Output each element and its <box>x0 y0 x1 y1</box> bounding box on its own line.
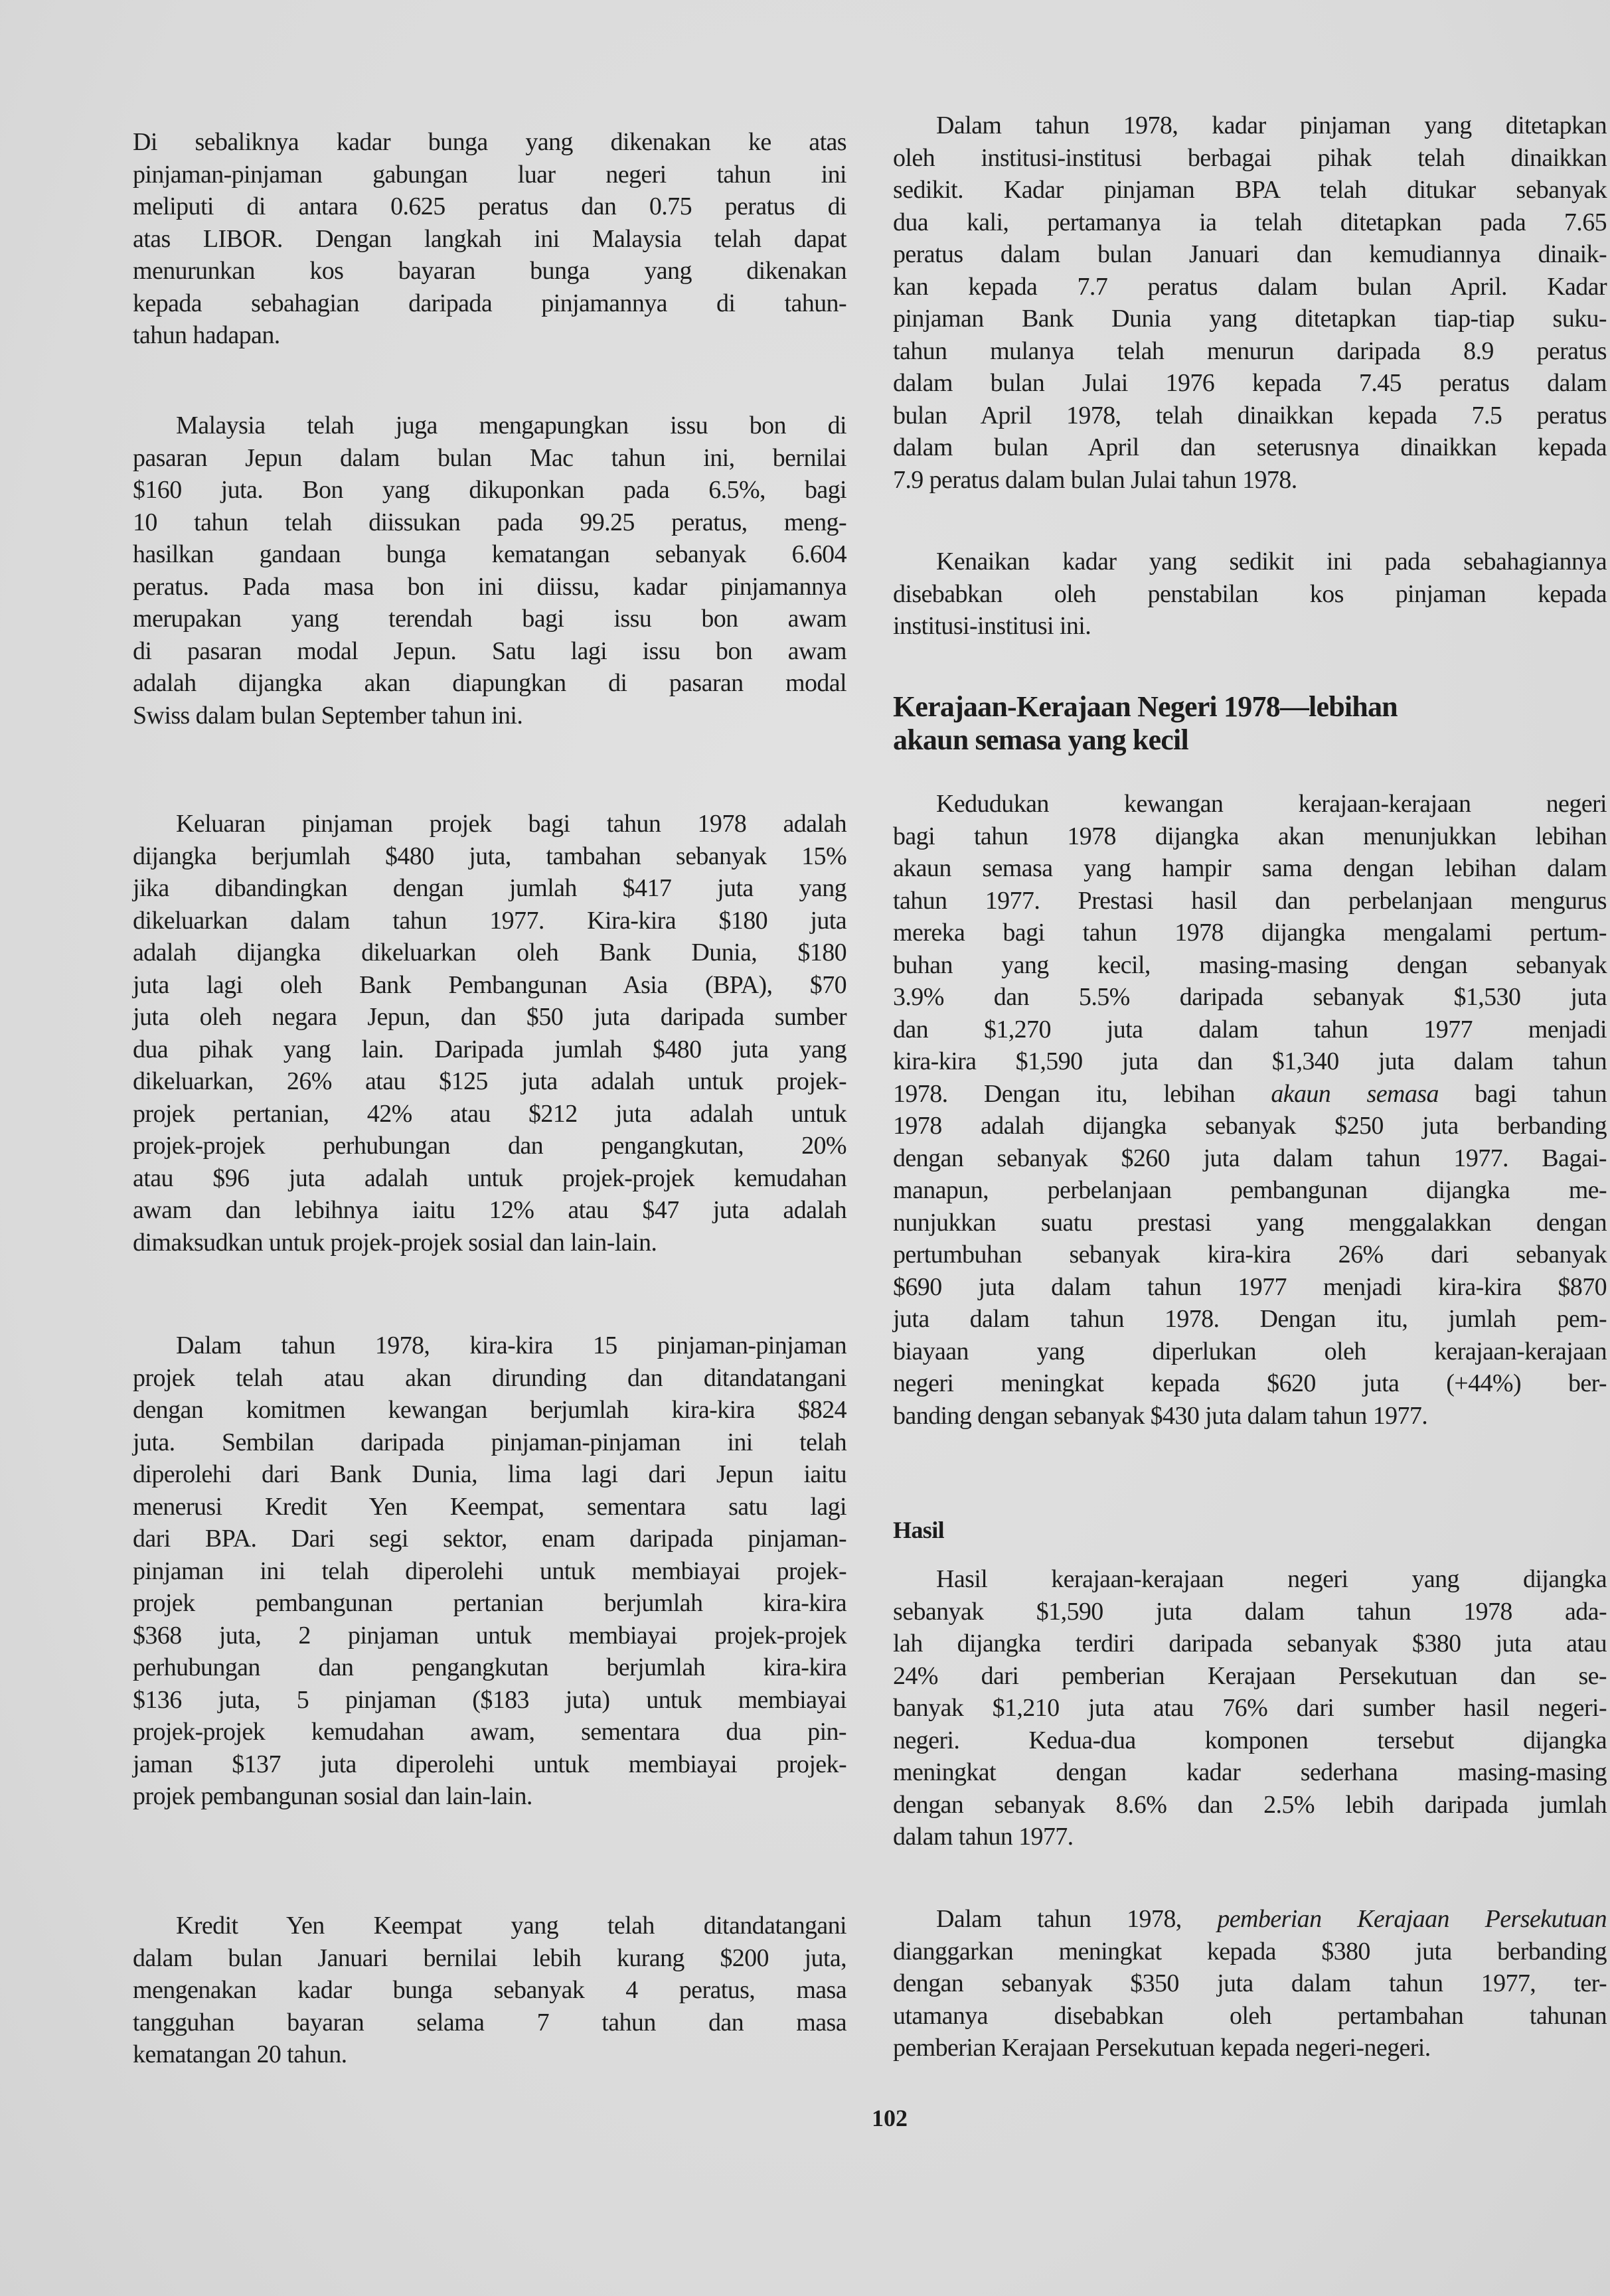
text-line: tahun 1977. Prestasi hasil dan perbelanj… <box>893 885 1607 917</box>
text-line: Hasil kerajaan-kerajaan negeri yang dija… <box>893 1563 1607 1596</box>
text-line: atau $96 juta adalah untuk projek-projek… <box>133 1162 846 1195</box>
text-line: dengan sebanyak $260 juta dalam tahun 19… <box>893 1142 1607 1175</box>
text-line: pinjaman ini telah diperolehi untuk memb… <box>133 1555 846 1588</box>
text-line: dimaksudkan untuk projek-projek sosial d… <box>133 1227 846 1259</box>
text-line: 10 tahun telah diissukan pada 99.25 pera… <box>133 506 846 539</box>
text-line: mereka bagi tahun 1978 dijangka mengalam… <box>893 917 1607 949</box>
text-line: kira-kira $1,590 juta dan $1,340 juta da… <box>893 1045 1607 1078</box>
text-line: nunjukkan suatu prestasi yang menggalakk… <box>893 1207 1607 1239</box>
text-line: dijangka berjumlah $480 juta, tambahan s… <box>133 840 846 873</box>
text-line: mengenakan kadar bunga sebanyak 4 peratu… <box>133 1974 846 2007</box>
text-line: Swiss dalam bulan September tahun ini. <box>133 700 846 732</box>
text-line: Malaysia telah juga mengapungkan issu bo… <box>133 410 846 442</box>
text-line: utamanya disebabkan oleh pertambahan tah… <box>893 2000 1607 2032</box>
text-line: dikeluarkan, 26% atau $125 juta adalah u… <box>133 1065 846 1098</box>
text-line: disebabkan oleh penstabilan kos pinjaman… <box>893 578 1607 611</box>
text-line: sedikit. Kadar pinjaman BPA telah dituka… <box>893 174 1607 206</box>
text-line: projek-projek kemudahan awam, sementara … <box>133 1716 846 1748</box>
text-line-with-italic: Dalam tahun 1978, pemberian Kerajaan Per… <box>893 1903 1607 1936</box>
text-line: 24% dari pemberian Kerajaan Persekutuan … <box>893 1660 1607 1693</box>
text-line: 3.9% dan 5.5% daripada sebanyak $1,530 j… <box>893 981 1607 1014</box>
text-line: menerusi Kredit Yen Keempat, sementara s… <box>133 1491 846 1523</box>
text-line: dalam tahun 1977. <box>893 1821 1607 1853</box>
text-line: dari BPA. Dari segi sektor, enam daripad… <box>133 1523 846 1555</box>
text-line: 1978 adalah dijangka sebanyak $250 juta … <box>893 1110 1607 1142</box>
text-line: lah dijangka terdiri daripada sebanyak $… <box>893 1628 1607 1660</box>
text-line: adalah dijangka dikeluarkan oleh Bank Du… <box>133 937 846 969</box>
text-line: jaman $137 juta diperolehi untuk membiay… <box>133 1748 846 1781</box>
text-line: bulan April 1978, telah dinaikkan kepada… <box>893 400 1607 432</box>
text-line: pertumbuhan sebanyak kira-kira 26% dari … <box>893 1239 1607 1271</box>
document-page: Di sebaliknya kadar bunga yang dikenakan… <box>0 0 1610 2296</box>
text-line: dua kali, pertamanya ia telah ditetapkan… <box>893 206 1607 239</box>
text-line: Kenaikan kadar yang sedikit ini pada seb… <box>893 546 1607 578</box>
paragraph-yen-credit: Kredit Yen Keempat yang telah ditandatan… <box>133 1910 846 2071</box>
paragraph-libor-rates: Di sebaliknya kadar bunga yang dikenakan… <box>133 126 846 352</box>
text-line: hasilkan gandaan bunga kematangan sebany… <box>133 538 846 571</box>
text-line: Dalam tahun 1978, kira-kira 15 pinjaman-… <box>133 1330 846 1362</box>
italic-term: akaun semasa <box>1271 1080 1439 1108</box>
text-line: diperolehi dari Bank Dunia, lima lagi da… <box>133 1458 846 1491</box>
paragraph-loan-commitments: Dalam tahun 1978, kira-kira 15 pinjaman-… <box>133 1330 846 1813</box>
text-line: dikeluarkan dalam tahun 1977. Kira-kira … <box>133 905 846 937</box>
text-line: projek-projek perhubungan dan pengangkut… <box>133 1130 846 1162</box>
text-line: pasaran Jepun dalam bulan Mac tahun ini,… <box>133 442 846 475</box>
text-line: dalam bulan Januari bernilai lebih kuran… <box>133 1942 846 1975</box>
paragraph-state-finances: Kedudukan kewangan kerajaan-kerajaan neg… <box>893 788 1607 1432</box>
text-line: tahun mulanya telah menurun daripada 8.9… <box>893 335 1607 368</box>
text-line: tahun hadapan. <box>133 319 846 352</box>
text-line: kematangan 20 tahun. <box>133 2038 846 2071</box>
text-line: projek pembangunan sosial dan lain-lain. <box>133 1780 846 1813</box>
text-line: atas LIBOR. Dengan langkah ini Malaysia … <box>133 223 846 256</box>
subheading-hasil: Hasil <box>893 1515 944 1545</box>
text-line: dengan komitmen kewangan berjumlah kira-… <box>133 1394 846 1426</box>
text-line: dengan sebanyak $350 juta dalam tahun 19… <box>893 1967 1607 2000</box>
text-line: dalam bulan April dan seterusnya dinaikk… <box>893 431 1607 464</box>
text-line: buhan yang kecil, masing-masing dengan s… <box>893 949 1607 982</box>
text-line: adalah dijangka akan diapungkan di pasar… <box>133 667 846 700</box>
text-line: pemberian Kerajaan Persekutuan kepada ne… <box>893 2032 1607 2064</box>
text-line: oleh institusi-institusi berbagai pihak … <box>893 142 1607 175</box>
text-segment: 1978. Dengan itu, lebihan <box>893 1080 1271 1108</box>
text-segment: Dalam tahun 1978, <box>936 1905 1217 1933</box>
text-line: pinjaman Bank Dunia yang ditetapkan tiap… <box>893 303 1607 335</box>
text-line: pinjaman-pinjaman gabungan luar negeri t… <box>133 159 846 191</box>
text-line: banyak $1,210 juta atau 76% dari sumber … <box>893 1692 1607 1724</box>
text-line: kan kepada 7.7 peratus dalam bulan April… <box>893 271 1607 303</box>
page-number: 102 <box>863 2104 916 2132</box>
text-line: peratus dalam bulan Januari dan kemudian… <box>893 238 1607 271</box>
section-heading: Kerajaan-Kerajaan Negeri 1978—lebihan ak… <box>893 690 1607 757</box>
section-heading-line: akaun semasa yang kecil <box>893 724 1607 757</box>
text-line: biayaan yang diperlukan oleh kerajaan-ke… <box>893 1336 1607 1368</box>
text-line: manapun, perbelanjaan pembangunan dijang… <box>893 1174 1607 1207</box>
paragraph-project-loans: Keluaran pinjaman projek bagi tahun 1978… <box>133 808 846 1259</box>
text-line: bagi tahun 1978 dijangka akan menunjukka… <box>893 820 1607 853</box>
text-line: sebanyak $1,590 juta dalam tahun 1978 ad… <box>893 1596 1607 1628</box>
text-line: Di sebaliknya kadar bunga yang dikenakan… <box>133 126 846 159</box>
text-line: negeri meningkat kepada $620 juta (+44%)… <box>893 1367 1607 1400</box>
text-line: akaun semasa yang hampir sama dengan leb… <box>893 852 1607 885</box>
text-line: $136 juta, 5 pinjaman ($183 juta) untuk … <box>133 1684 846 1717</box>
text-line: $368 juta, 2 pinjaman untuk membiayai pr… <box>133 1620 846 1652</box>
text-line: banding dengan sebanyak $430 juta dalam … <box>893 1400 1607 1432</box>
text-line: Kedudukan kewangan kerajaan-kerajaan neg… <box>893 788 1607 820</box>
text-line: $160 juta. Bon yang dikuponkan pada 6.5%… <box>133 474 846 506</box>
text-line: perhubungan dan pengangkutan berjumlah k… <box>133 1651 846 1684</box>
text-line: projek pembangunan pertanian berjumlah k… <box>133 1587 846 1620</box>
text-line: dianggarkan meningkat kepada $380 juta b… <box>893 1936 1607 1968</box>
text-line: Kredit Yen Keempat yang telah ditandatan… <box>133 1910 846 1942</box>
text-line: jika dibandingkan dengan jumlah $417 jut… <box>133 872 846 905</box>
text-segment: bagi tahun <box>1439 1080 1607 1108</box>
text-line: peratus. Pada masa bon ini diissu, kadar… <box>133 571 846 603</box>
text-line: dua pihak yang lain. Daripada jumlah $48… <box>133 1033 846 1066</box>
text-line: awam dan lebihnya iaitu 12% atau $47 jut… <box>133 1194 846 1227</box>
text-line: juta. Sembilan daripada pinjaman-pinjama… <box>133 1426 846 1459</box>
paragraph-federal-grants: Dalam tahun 1978, pemberian Kerajaan Per… <box>893 1903 1607 2064</box>
text-line: meliputi di antara 0.625 peratus dan 0.7… <box>133 191 846 223</box>
text-line: menurunkan kos bayaran bunga yang dikena… <box>133 255 846 287</box>
text-line: institusi-institusi ini. <box>893 610 1607 643</box>
text-line: juta dalam tahun 1978. Dengan itu, jumla… <box>893 1303 1607 1336</box>
italic-term: pemberian Kerajaan Persekutuan <box>1217 1905 1607 1933</box>
paragraph-revenue: Hasil kerajaan-kerajaan negeri yang dija… <box>893 1563 1607 1853</box>
text-line: Keluaran pinjaman projek bagi tahun 1978… <box>133 808 846 840</box>
text-line: di pasaran modal Jepun. Satu lagi issu b… <box>133 635 846 668</box>
text-line: tangguhan bayaran selama 7 tahun dan mas… <box>133 2007 846 2039</box>
text-line: dalam bulan Julai 1976 kepada 7.45 perat… <box>893 367 1607 400</box>
text-line: kepada sebahagian daripada pinjamannya d… <box>133 287 846 320</box>
paragraph-loan-rates: Dalam tahun 1978, kadar pinjaman yang di… <box>893 110 1607 496</box>
text-line: projek telah atau akan dirunding dan dit… <box>133 1362 846 1395</box>
text-line: juta lagi oleh Bank Pembangunan Asia (BP… <box>133 969 846 1002</box>
text-line: juta oleh negara Jepun, dan $50 juta dar… <box>133 1001 846 1033</box>
text-line: merupakan yang terendah bagi issu bon aw… <box>133 603 846 635</box>
text-line: Dalam tahun 1978, kadar pinjaman yang di… <box>893 110 1607 142</box>
paragraph-rate-increase: Kenaikan kadar yang sedikit ini pada seb… <box>893 546 1607 643</box>
text-line: $690 juta dalam tahun 1977 menjadi kira-… <box>893 1271 1607 1304</box>
text-line: projek pertanian, 42% atau $212 juta ada… <box>133 1098 846 1130</box>
text-line-with-italic: 1978. Dengan itu, lebihan akaun semasa b… <box>893 1078 1607 1110</box>
text-line: meningkat dengan kadar sederhana masing-… <box>893 1756 1607 1789</box>
section-heading-line: Kerajaan-Kerajaan Negeri 1978—lebihan <box>893 690 1607 724</box>
text-line: negeri. Kedua-dua komponen tersebut dija… <box>893 1724 1607 1757</box>
text-line: 7.9 peratus dalam bulan Julai tahun 1978… <box>893 464 1607 497</box>
text-line: dan $1,270 juta dalam tahun 1977 menjadi <box>893 1014 1607 1046</box>
text-line: dengan sebanyak 8.6% dan 2.5% lebih dari… <box>893 1789 1607 1821</box>
paragraph-japan-bond: Malaysia telah juga mengapungkan issu bo… <box>133 410 846 731</box>
